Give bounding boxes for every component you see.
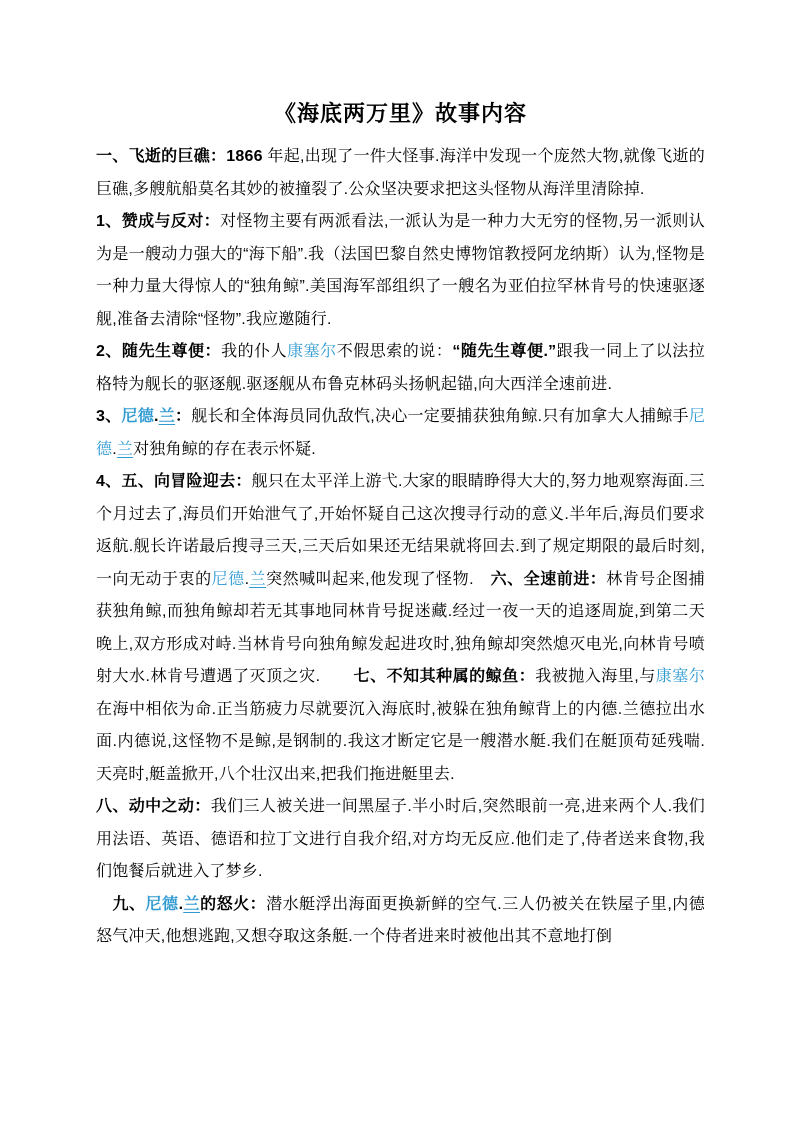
paragraph-7: 九、尼德.兰的怒火：潜水艇浮出海面更换新鲜的空气.三人仍被关在铁屋子里,内德怒气… [96, 889, 705, 954]
text-run: 突然喊叫起来,他发现了怪物. [266, 571, 491, 588]
text-run: 我的仆人 [221, 343, 287, 360]
character-name-text: 康塞尔 [287, 343, 337, 360]
character-name-text: 兰 [117, 441, 133, 458]
text-run: 3、 [96, 408, 121, 425]
character-name-text: 尼德 [146, 896, 179, 913]
text-run: 一、飞逝的巨礁：1866 [96, 148, 263, 165]
text-run: 的怒火： [200, 896, 266, 913]
document-page: 《海底两万里》故事内容 一、飞逝的巨礁：1866 年起,出现了一件大怪事.海洋中… [0, 0, 800, 1132]
text-run: 八、动中之动： [96, 798, 211, 815]
character-name-text: 尼德 [212, 571, 245, 588]
text-run: 九、 [113, 896, 146, 913]
character-name-text: 兰 [249, 571, 266, 588]
paragraph-2: 1、赞成与反对：对怪物主要有两派看法,一派认为是一种力大无穷的怪物,另一派则认为… [96, 206, 705, 336]
text-run: 1、赞成与反对： [96, 213, 220, 230]
text-run: 在海中相依为命.正当筋疲力尽就要沉入海底时,被躲在独角鲸背上的内德.兰德拉出水面… [96, 701, 705, 783]
paragraph-6: 八、动中之动：我们三人被关进一间黑屋子.半小时后,突然眼前一亮,进来两个人.我们… [96, 791, 705, 889]
paragraph-5: 4、五、向冒险迎去：舰只在太平洋上游弋.大家的眼睛睁得大大的,努力地观察海面.三… [96, 466, 705, 791]
text-run: ： [175, 408, 191, 425]
character-name-text: 康塞尔 [656, 668, 705, 685]
character-name-text: 兰 [183, 896, 200, 913]
text-run [96, 896, 113, 913]
document-body: 一、飞逝的巨礁：1866 年起,出现了一件大怪事.海洋中发现一个庞然大物,就像飞… [96, 141, 705, 954]
text-run: 不假思索的说： [337, 343, 453, 360]
text-run: 2、随先生尊便： [96, 343, 221, 360]
text-run: 六、全速前进： [491, 571, 607, 588]
character-name-text: 尼德 [121, 408, 154, 425]
text-run: 舰长和全体海员同仇敌忾,决心一定要捕获独角鲸.只有加拿大人捕鲸手 [191, 408, 689, 425]
text-run: “随先生尊便.” [452, 343, 556, 360]
paragraph-3: 2、随先生尊便：我的仆人康塞尔不假思索的说：“随先生尊便.”跟我一同上了以法拉格… [96, 336, 705, 401]
text-run: 对独角鲸的存在表示怀疑. [133, 441, 316, 458]
text-run: 我被抛入海里,与 [535, 668, 656, 685]
text-run: 对怪物主要有两派看法,一派认为是一种力大无穷的怪物,另一派则认为是一艘动力强大的… [96, 213, 705, 328]
text-run: 4、五、向冒险迎去： [96, 473, 252, 490]
paragraph-4: 3、尼德.兰：舰长和全体海员同仇敌忾,决心一定要捕获独角鲸.只有加拿大人捕鲸手尼… [96, 401, 705, 466]
paragraph-1: 一、飞逝的巨礁：1866 年起,出现了一件大怪事.海洋中发现一个庞然大物,就像飞… [96, 141, 705, 206]
text-run: 七、不知其种属的鲸鱼： [354, 668, 536, 685]
document-title: 《海底两万里》故事内容 [96, 97, 705, 130]
character-name-text: 兰 [159, 408, 175, 425]
